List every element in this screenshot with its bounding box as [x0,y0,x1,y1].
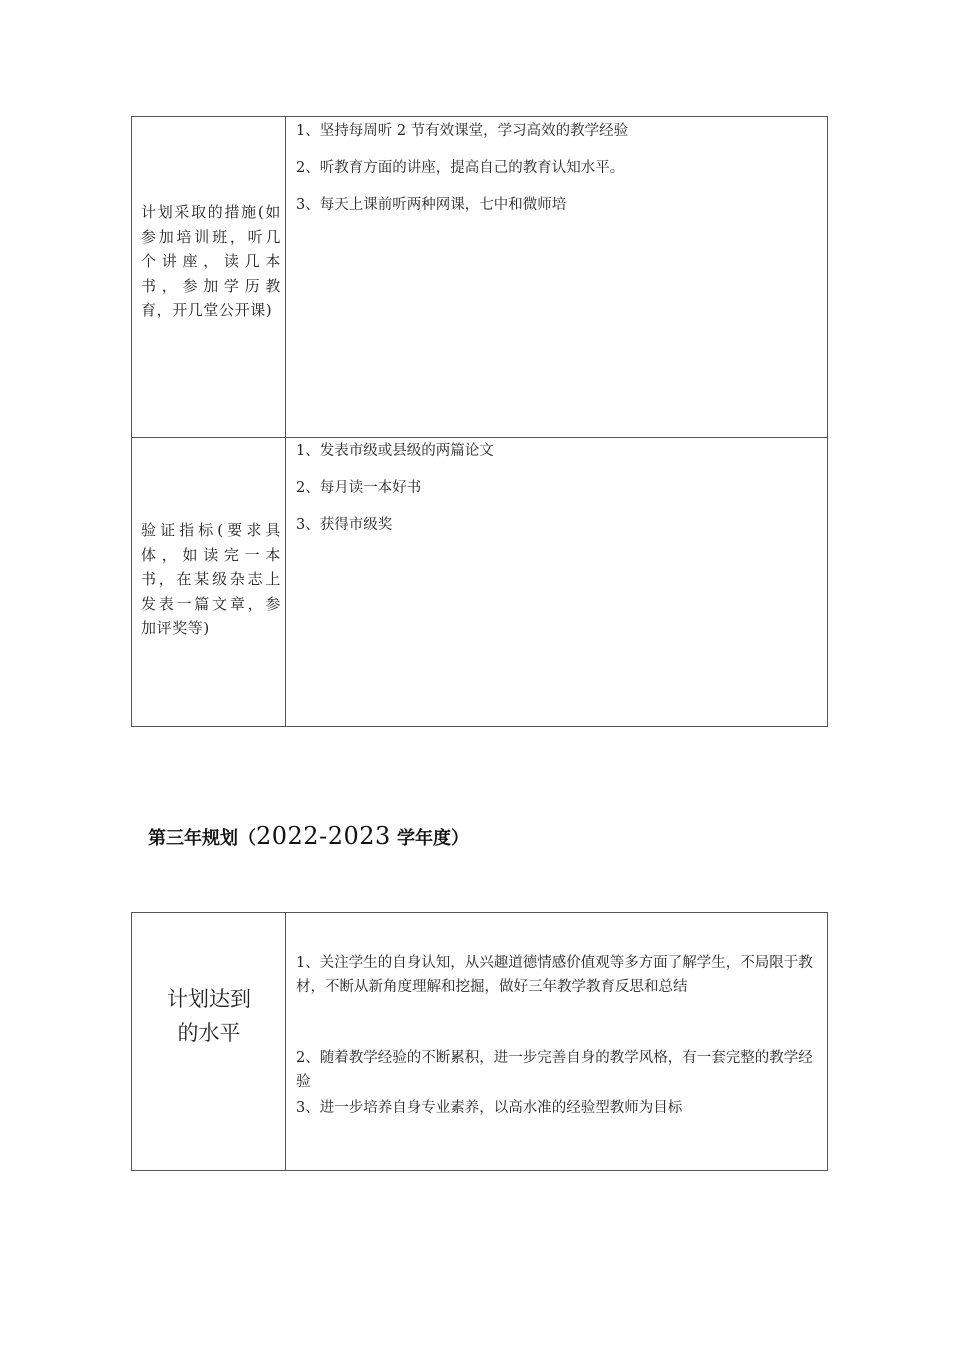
heading-year: 2022-2023 [256,822,391,850]
measures-label-cell: 计划采取的措施(如参加培训班，听几个讲座，读几本书，参加学历教育，开几堂公开课) [132,117,286,437]
section-heading-year3: 第三年规划（2022-2023 学年度） [148,822,469,850]
heading-suffix: 学年度） [391,828,469,849]
target-level-label-line2: 的水平 [132,1017,286,1050]
verification-item-3: 3、获得市级奖 [296,513,817,537]
table-row-measures: 计划采取的措施(如参加培训班，听几个讲座，读几本书，参加学历教育，开几堂公开课)… [132,117,827,437]
measures-item-3: 3、每天上课前听两种网课，七中和微师培 [296,193,817,217]
verification-item-2: 2、每月读一本好书 [296,476,817,500]
target-item-2: 2、随着教学经验的不断累积，进一步完善自身的教学风格，有一套完整的教学经验 [296,1046,817,1094]
heading-prefix: 第三年规划（ [148,828,256,849]
measures-item-1: 1、坚持每周听 2 节有效课堂，学习高效的教学经验 [296,119,817,143]
measures-content-cell: 1、坚持每周听 2 节有效课堂，学习高效的教学经验 2、听教育方面的讲座，提高自… [286,117,827,437]
target-level-label-cell: 计划达到 的水平 [132,913,286,1170]
table-row-target-level: 计划达到 的水平 1、关注学生的自身认知，从兴趣道德情感价值观等多方面了解学生，… [132,913,827,1170]
plan-table-year3: 计划达到 的水平 1、关注学生的自身认知，从兴趣道德情感价值观等多方面了解学生，… [131,912,828,1171]
verification-item-1: 1、发表市级或县级的两篇论文 [296,439,817,463]
verification-label-cell: 验证指标(要求具体，如读完一本书，在某级杂志上发表一篇文章，参加评奖等) [132,438,286,726]
plan-table-year2: 计划采取的措施(如参加培训班，听几个讲座，读几本书，参加学历教育，开几堂公开课)… [131,116,828,727]
target-item-1: 1、关注学生的自身认知，从兴趣道德情感价值观等多方面了解学生，不局限于教材，不断… [296,951,817,999]
measures-item-2: 2、听教育方面的讲座，提高自己的教育认知水平。 [296,156,817,180]
verification-label: 验证指标(要求具体，如读完一本书，在某级杂志上发表一篇文章，参加评奖等) [141,518,281,641]
target-level-label-line1: 计划达到 [132,983,286,1016]
measures-label: 计划采取的措施(如参加培训班，听几个讲座，读几本书，参加学历教育，开几堂公开课) [141,200,281,323]
target-level-content-cell: 1、关注学生的自身认知，从兴趣道德情感价值观等多方面了解学生，不局限于教材，不断… [286,913,827,1170]
table-row-verification: 验证指标(要求具体，如读完一本书，在某级杂志上发表一篇文章，参加评奖等) 1、发… [132,437,827,726]
target-item-3: 3、进一步培养自身专业素养，以高水准的经验型教师为目标 [296,1096,817,1120]
verification-content-cell: 1、发表市级或县级的两篇论文 2、每月读一本好书 3、获得市级奖 [286,438,827,726]
